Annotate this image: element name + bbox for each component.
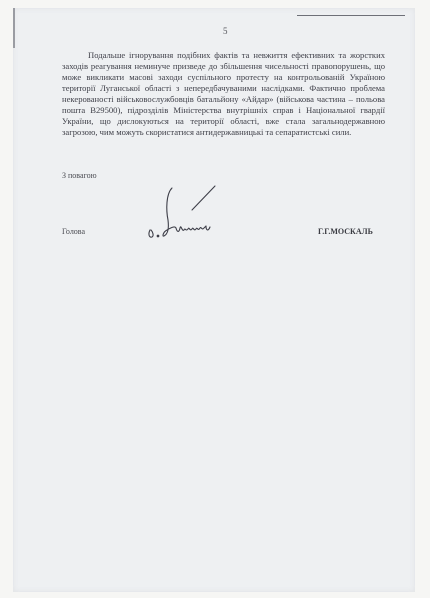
body-paragraph: Подальше ігнорування подібних фактів та … (62, 50, 385, 138)
signature-icon (146, 180, 222, 246)
page-edge-shadow (13, 8, 15, 48)
page-number: 5 (223, 26, 228, 36)
signatory-name: Г.Г.МОСКАЛЬ (318, 227, 373, 236)
signatory-role: Голова (62, 227, 85, 236)
closing-salutation: З повагою (62, 171, 97, 180)
top-rule-line (297, 15, 405, 16)
